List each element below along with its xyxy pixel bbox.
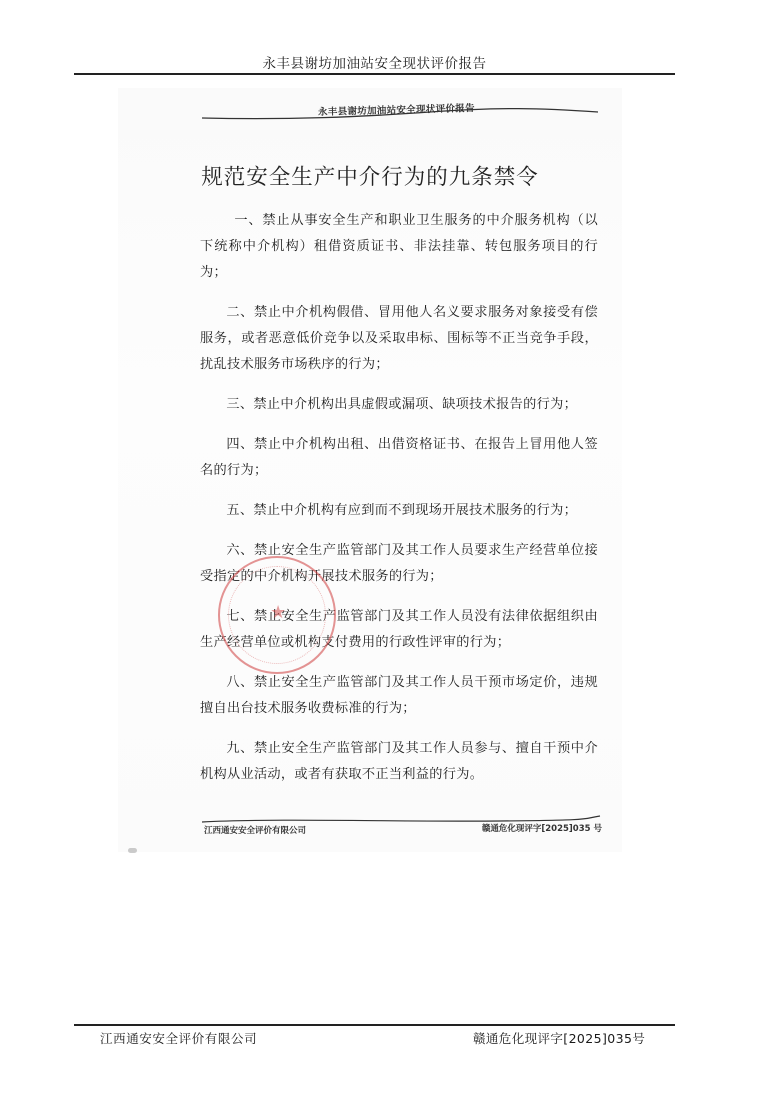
footer-rule	[74, 1024, 675, 1026]
document-title: 规范安全生产中介行为的九条禁令	[118, 160, 622, 191]
scan-speck	[128, 848, 137, 853]
header-rule	[74, 73, 675, 75]
page-header-title: 永丰县谢坊加油站安全现状评价报告	[74, 52, 675, 72]
scanned-footer: 江西通安安全评价有限公司 赣通危化现评字[2025]035 号	[200, 814, 602, 844]
clause-3: 三、禁止中介机构出具虚假或漏项、缺项技术报告的行为；	[200, 392, 598, 418]
clause-4: 四、禁止中介机构出租、出借资格证书、在报告上冒用他人签名的行为；	[200, 432, 598, 484]
clause-9: 九、禁止安全生产监管部门及其工作人员参与、擅自干预中介机构从业活动，或者有获取不…	[200, 736, 598, 788]
clause-8: 八、禁止安全生产监管部门及其工作人员干预市场定价，违规擅自出台技术服务收费标准的…	[200, 670, 598, 722]
scanned-footer-doc-number: 赣通危化现评字[2025]035 号	[482, 822, 602, 834]
clause-2: 二、禁止中介机构假借、冒用他人名义要求服务对象接受有偿服务，或者恶意低价竞争以及…	[200, 300, 598, 378]
clause-list: 一、禁止从事安全生产和职业卫生服务的中介服务机构（以下统称中介机构）租借资质证书…	[200, 208, 598, 802]
seal-star-icon: ★	[270, 602, 286, 623]
scanned-header: 永丰县谢坊加油站安全现状评价报告	[200, 100, 600, 122]
scanned-footer-company: 江西通安安全评价有限公司	[204, 824, 306, 836]
clause-5: 五、禁止中介机构有应到而不到现场开展技术服务的行为；	[200, 498, 598, 524]
page-footer-doc-number: 赣通危化现评字[2025]035号	[473, 1029, 645, 1047]
page-footer-company: 江西通安安全评价有限公司	[100, 1029, 257, 1047]
clause-1: 一、禁止从事安全生产和职业卫生服务的中介服务机构（以下统称中介机构）租借资质证书…	[200, 208, 598, 286]
official-seal-stamp: ★	[218, 556, 336, 674]
